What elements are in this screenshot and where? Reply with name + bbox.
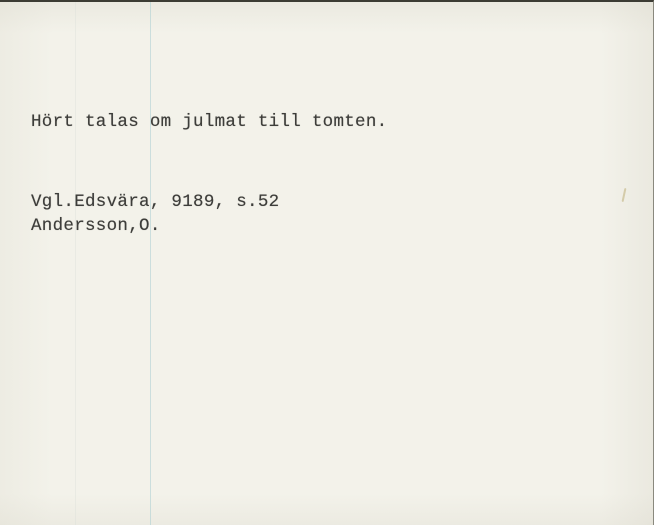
archive-card: Hört talas om julmat till tomten. Vgl.Ed…	[0, 0, 654, 525]
pencil-mark	[622, 188, 627, 202]
faint-guide-line	[75, 2, 76, 525]
card-main-text: Hört talas om julmat till tomten.	[31, 112, 387, 132]
card-reference: Vgl.Edsvära, 9189, s.52	[31, 192, 279, 212]
margin-rule	[150, 2, 151, 525]
card-informant: Andersson,O.	[31, 216, 161, 236]
